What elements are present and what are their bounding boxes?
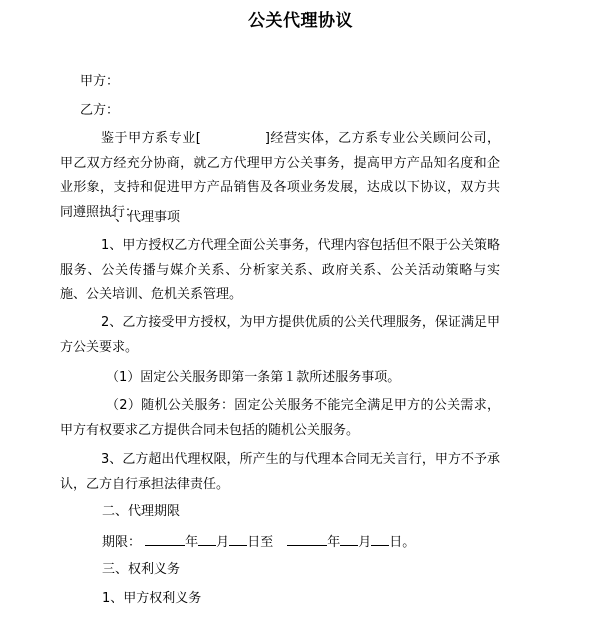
clause-2-2: （2）随机公关服务：固定公关服务不能完全满足甲方的公关需求，甲方有权要求乙方提供… bbox=[60, 394, 500, 443]
subheading-party-a-rights: 1、甲方权利义务 bbox=[102, 591, 201, 607]
document-page: 公关代理协议 甲方： 乙方： 鉴于甲方系专业[]经营实体，乙方系专业公关顾问公司… bbox=[0, 0, 601, 642]
section-heading-agency-term: 二、代理期限 bbox=[102, 504, 180, 520]
section-heading-agency-matters: 一、代理事项 bbox=[102, 210, 180, 226]
year-label: 年 bbox=[185, 535, 198, 550]
start-day-blank[interactable] bbox=[229, 533, 247, 546]
term-label: 期限： bbox=[102, 535, 141, 550]
year-label-2: 年 bbox=[327, 535, 340, 550]
party-b-label: 乙方： bbox=[80, 103, 119, 119]
start-year-blank[interactable] bbox=[145, 533, 185, 546]
month-label: 月 bbox=[216, 535, 229, 550]
clause-2: 2、乙方接受甲方授权，为甲方提供优质的公关代理服务，保证满足甲方公关要求。 bbox=[60, 311, 500, 360]
clause-2-1: （1）固定公关服务即第一条第１款所述服务事项。 bbox=[106, 370, 400, 386]
day-to-label: 日至 bbox=[247, 535, 273, 550]
end-day-blank[interactable] bbox=[371, 533, 389, 546]
end-month-blank[interactable] bbox=[340, 533, 358, 546]
start-month-blank[interactable] bbox=[198, 533, 216, 546]
month-label-2: 月 bbox=[358, 535, 371, 550]
document-title: 公关代理协议 bbox=[0, 6, 601, 31]
clause-3: 3、乙方超出代理权限，所产生的与代理本合同无关言行，甲方不予承认，乙方自行承担法… bbox=[60, 448, 500, 497]
end-year-blank[interactable] bbox=[287, 533, 327, 546]
party-a-label: 甲方： bbox=[80, 74, 119, 90]
section-heading-rights-obligations: 三、权利义务 bbox=[102, 562, 180, 578]
preamble-text-start: 鉴于甲方系专业[ bbox=[101, 131, 201, 146]
term-line: 期限： 年月日至年月日。 bbox=[102, 533, 415, 551]
day-end-label: 日。 bbox=[389, 535, 415, 550]
clause-1: 1、甲方授权乙方代理全面公关事务，代理内容包括但不限于公关策略服务、公关传播与媒… bbox=[60, 234, 500, 308]
